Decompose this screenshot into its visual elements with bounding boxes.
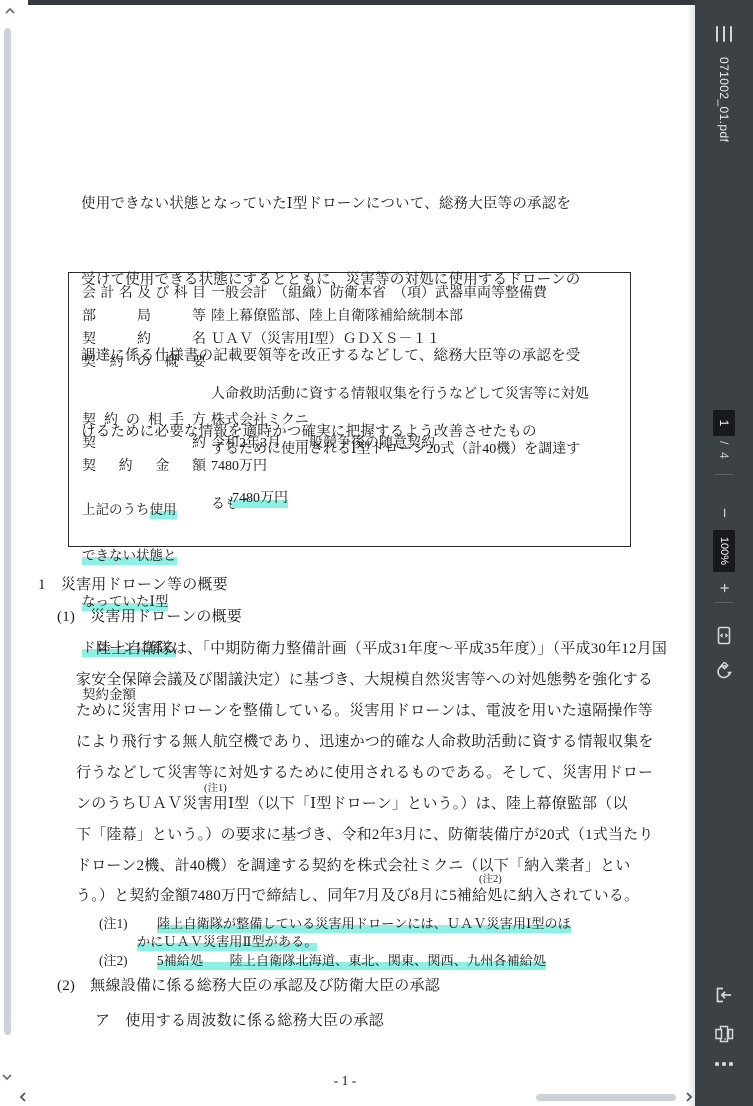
fit-width-icon [713, 625, 735, 647]
zoom-out-button[interactable]: − [695, 501, 753, 525]
window-edge [28, 0, 753, 5]
body-text-line: ために災害用ドローンを整備している。災害用ドローンは、電波を用いた遠隔操作等 [76, 699, 653, 720]
scroll-right-chevron[interactable] [682, 1090, 696, 1104]
toolbar-divider [695, 474, 753, 475]
print-button[interactable] [695, 1019, 753, 1049]
pdf-toolbar: 071002_01.pdf 1 / 4 − 100% + [695, 0, 753, 1106]
footnote-1-text: 陸上自衛隊が整備している災害用ドローンには、ＵＡＶ災害用Ⅰ型のほ [157, 913, 571, 932]
row-value: 7480万円 [211, 471, 288, 523]
rotate-icon [713, 662, 735, 684]
toolbar-divider [695, 602, 753, 603]
body-text-line: 下「陸幕」という。）の要求に基づき、令和2年3月に、防衛装備庁が20式（1式当た… [76, 823, 654, 844]
body-text-line: ドローン2機、計40機）を調達する契約を株式会社ミクニ（以下「納入業者」とい [76, 854, 631, 875]
download-icon [713, 984, 735, 1006]
print-icon [713, 1023, 735, 1045]
row-value: ＵＡＶ（災害用Ⅰ型）ＧＤＸＳ－１１ [211, 328, 441, 348]
row-value: 令和2年3月 一般競争後の随意契約 [211, 432, 435, 452]
footnote-2-label: (注2) [99, 950, 128, 969]
body-text-line: 家安全保障会議及び閣議決定）に基づき、大規模自然災害等への対処態勢を強化する [76, 668, 653, 689]
contract-info-box: 会計名及び科目 一般会計 （組織）防衛本省 （項）武器車両等整備費 部局等 陸上… [68, 272, 631, 547]
page-total: 4 [695, 452, 753, 459]
scroll-up-chevron[interactable] [3, 4, 17, 18]
body-text-line: う。）と契約金額7480万円で締結し、同年7月及び8月に5補給処に納入されている… [76, 884, 639, 905]
row-label: 契約 [82, 432, 206, 452]
menu-icon [723, 26, 725, 42]
body-text-line: 陸上自衛隊は、「中期防衛力整備計画（平成31年度～平成35年度）」（平成30年1… [96, 637, 667, 658]
table-row: 部局等 陸上幕僚監部、陸上自衛隊補給統制本部 [82, 305, 463, 325]
download-button[interactable] [695, 980, 753, 1010]
menu-icon [730, 26, 732, 42]
table-row: 契約名 ＵＡＶ（災害用Ⅰ型）ＧＤＸＳ－１１ [82, 328, 441, 348]
vertical-scrollbar-thumb[interactable] [4, 28, 11, 1035]
fit-width-button[interactable] [695, 621, 753, 651]
scroll-down-chevron[interactable] [0, 1070, 14, 1084]
row-label: 部局等 [82, 305, 206, 325]
highlighted-text: 使用 [150, 502, 177, 519]
table-row: 会計名及び科目 一般会計 （組織）防衛本省 （項）武器車両等整備費 [82, 282, 547, 302]
kebab-icon [722, 1062, 726, 1066]
scroll-left-chevron[interactable] [16, 1090, 30, 1104]
footnote-1-text: かにＵＡＶ災害用Ⅱ型がある。 [137, 931, 317, 950]
highlighted-text: できない状態と [82, 548, 177, 565]
pdf-page: 使用できない状態となっていたⅠ型ドローンについて、総務大臣等の承認を 受けて使用… [0, 5, 695, 1106]
menu-icon [716, 26, 718, 42]
page-number-footer: - 1 - [300, 1073, 390, 1089]
text-line: 使用できない状態となっていたⅠ型ドローンについて、総務大臣等の承認を [81, 192, 581, 217]
row-label: 上記のうち使用 できない状態と なっていたⅠ型 ドローンに係る 契約金額 [82, 471, 200, 733]
row-value: 株式会社ミクニ [211, 409, 309, 429]
section-heading-a: ア 使用する周波数に係る総務大臣の承認 [95, 1009, 384, 1030]
page-separator: / [695, 441, 753, 444]
kebab-icon [729, 1062, 733, 1066]
footnote-1-label: (注1) [99, 913, 128, 932]
row-value: 一般会計 （組織）防衛本省 （項）武器車両等整備費 [211, 282, 547, 302]
section-heading-1-1: (1) 災害用ドローンの概要 [57, 605, 242, 626]
row-label: 会計名及び科目 [82, 282, 206, 302]
zoom-level-select[interactable]: 100% [695, 530, 753, 572]
row-label: 契約名 [82, 328, 206, 348]
row-label: 契約の相手方 [82, 409, 206, 429]
sidebar-toggle-button[interactable] [695, 22, 753, 46]
section-heading-1: 1 災害用ドローン等の概要 [38, 573, 228, 594]
horizontal-scrollbar-thumb[interactable] [536, 1094, 676, 1101]
highlighted-text: 7480万円 [232, 491, 288, 508]
row-value: 陸上幕僚監部、陸上自衛隊補給統制本部 [211, 305, 463, 325]
section-heading-1-2: (2) 無線設備に係る総務大臣の承認及び防衛大臣の承認 [57, 974, 440, 995]
zoom-in-button[interactable]: + [695, 576, 753, 600]
document-filename: 071002_01.pdf [695, 57, 753, 142]
rotate-button[interactable] [695, 658, 753, 688]
highlighted-text: 5補給処 陸上自衛隊北海道、東北、関東、関西、九州各補給処 [157, 953, 546, 970]
footnote-2-text: 5補給処 陸上自衛隊北海道、東北、関東、関西、九州各補給処 [157, 950, 546, 969]
highlighted-text: かにＵＡＶ災害用Ⅱ型がある。 [137, 934, 317, 951]
table-row: 契約 令和2年3月 一般競争後の随意契約 [82, 432, 435, 452]
page-number-input[interactable]: 1 [695, 410, 753, 436]
table-row: 契約の相手方 株式会社ミクニ [82, 409, 309, 429]
more-options-button[interactable] [695, 1049, 753, 1079]
kebab-icon [715, 1062, 719, 1066]
body-text-line: ンのうちＵＡＶ災害用Ⅰ型（以下「Ⅰ型ドローン」という。）は、陸上幕僚監部（以 [76, 792, 628, 813]
body-text-line: により飛行する無人航空機であり、迅速かつ的確な人命救助活動に資する情報収集を [76, 730, 654, 751]
body-text-line: 行うなどして災害等に対処するために使用されるものである。そして、災害用ドロー [76, 761, 653, 782]
